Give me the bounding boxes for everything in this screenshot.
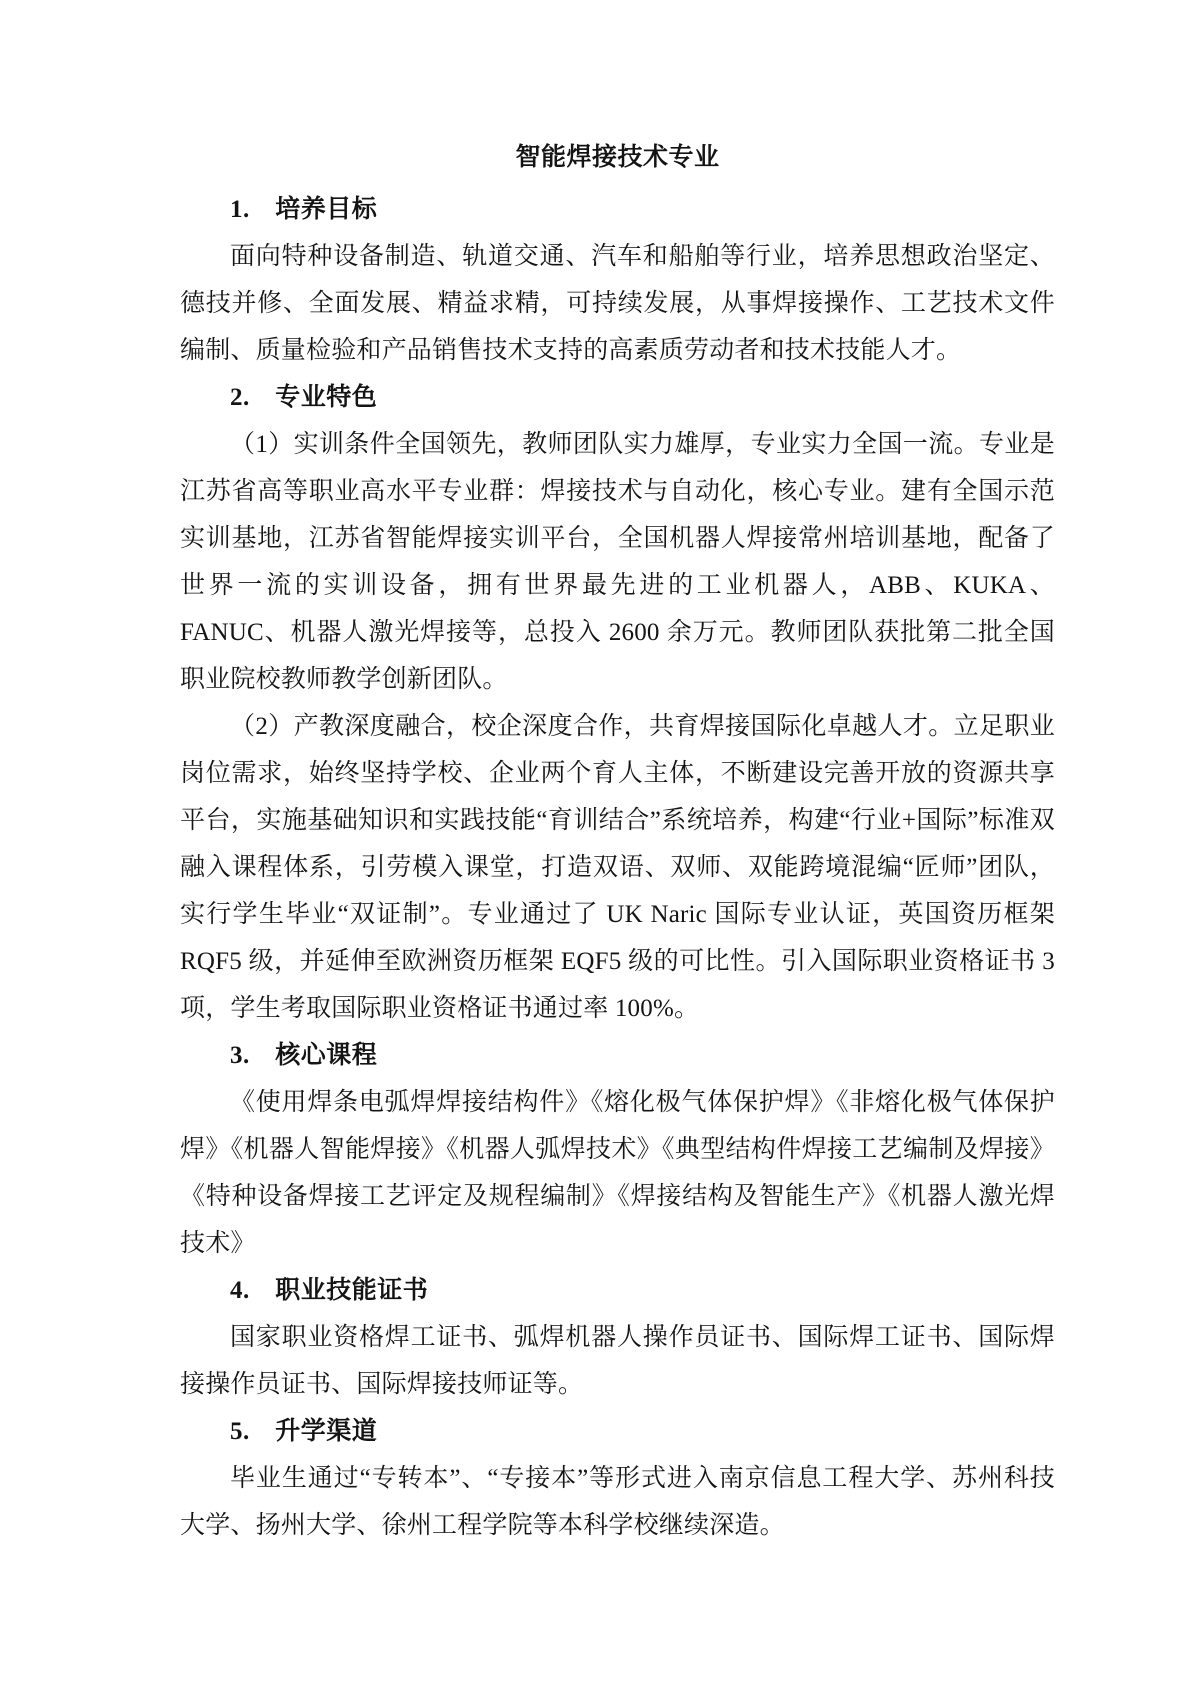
paragraph-training-objectives: 面向特种设备制造、轨道交通、汽车和船舶等行业，培养思想政治坚定、德技并修、全面发… xyxy=(180,233,1055,374)
document-page: 智能焊接技术专业 1. 培养目标 面向特种设备制造、轨道交通、汽车和船舶等行业，… xyxy=(0,0,1191,1684)
section-heading-vocational-certificates: 4. 职业技能证书 xyxy=(180,1267,1055,1314)
section-heading-core-courses: 3. 核心课程 xyxy=(180,1032,1055,1079)
paragraph-major-features-1: （1）实训条件全国领先，教师团队实力雄厚，专业实力全国一流。专业是江苏省高等职业… xyxy=(180,421,1055,703)
section-heading-further-education: 5. 升学渠道 xyxy=(180,1408,1055,1455)
paragraph-major-features-2: （2）产教深度融合，校企深度合作，共育焊接国际化卓越人才。立足职业岗位需求，始终… xyxy=(180,703,1055,1032)
paragraph-core-courses: 《使用焊条电弧焊焊接结构件》《熔化极气体保护焊》《非熔化极气体保护焊》《机器人智… xyxy=(180,1079,1055,1267)
paragraph-vocational-certificates: 国家职业资格焊工证书、弧焊机器人操作员证书、国际焊工证书、国际焊接操作员证书、国… xyxy=(180,1314,1055,1408)
paragraph-further-education: 毕业生通过“专转本”、“专接本”等形式进入南京信息工程大学、苏州科技大学、扬州大… xyxy=(180,1455,1055,1549)
section-heading-major-features: 2. 专业特色 xyxy=(180,374,1055,421)
document-title: 智能焊接技术专业 xyxy=(180,134,1055,181)
section-heading-training-objectives: 1. 培养目标 xyxy=(180,186,1055,233)
